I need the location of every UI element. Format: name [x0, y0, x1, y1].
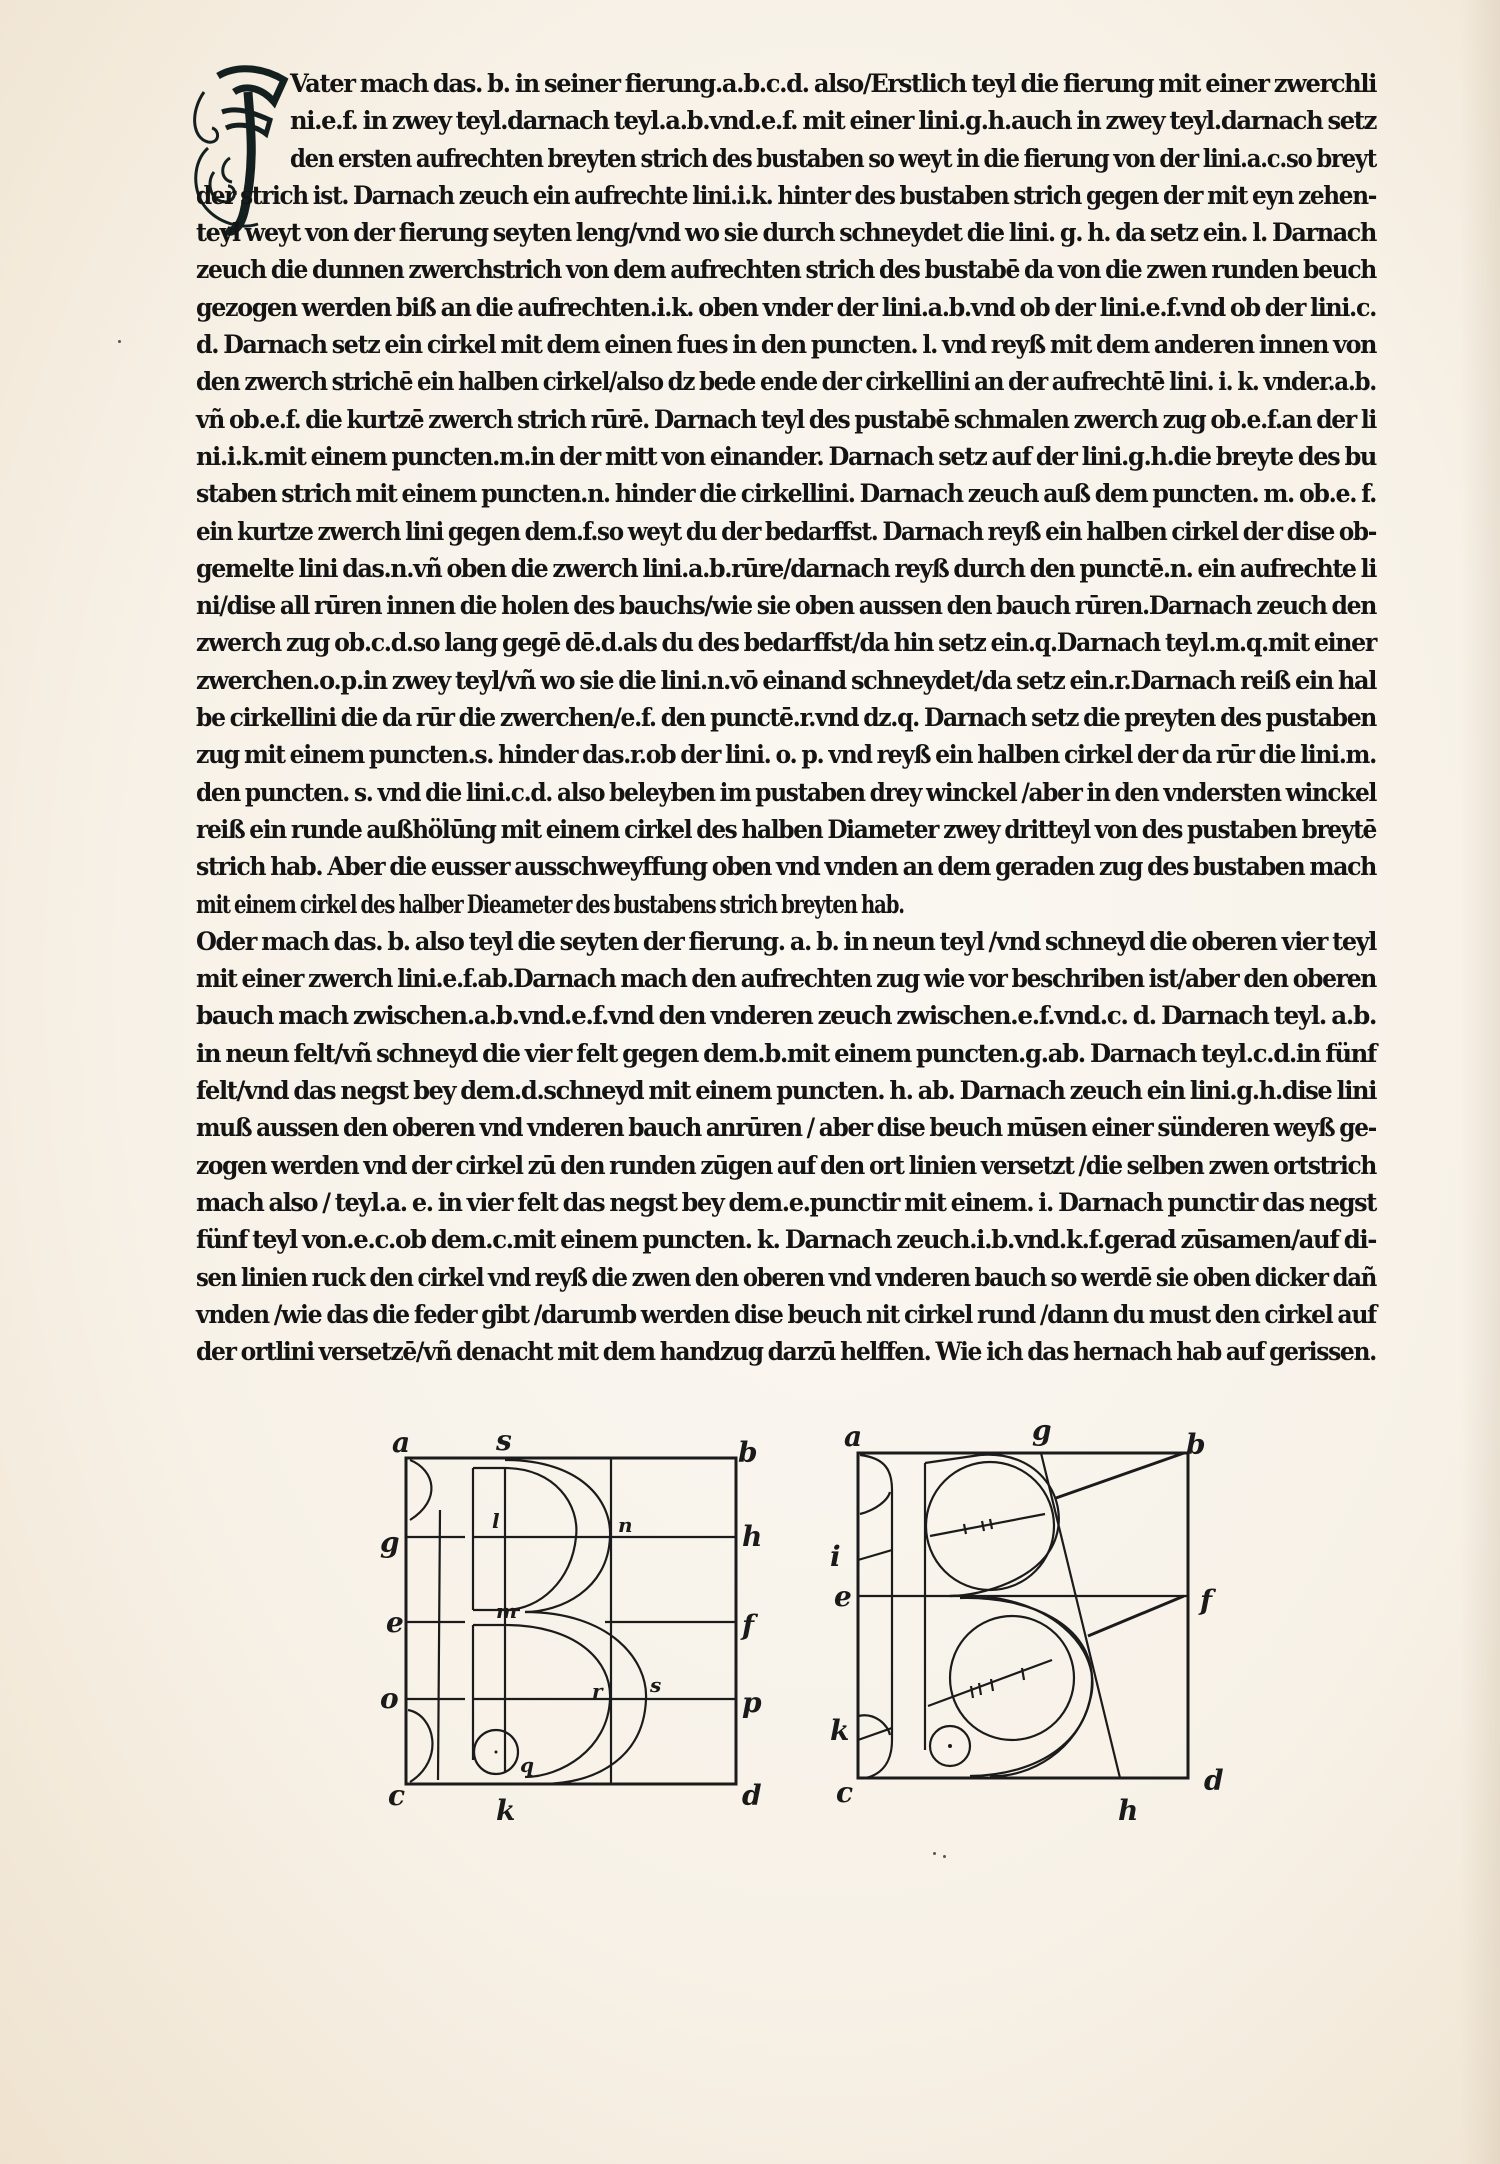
text-line: mach also / teyl.a. e. in vier felt das … — [196, 1185, 1376, 1222]
label-o: o — [380, 1682, 399, 1715]
text-line: ni.i.k.mit einem puncten.m.in der mitt v… — [196, 439, 1376, 476]
label-l: l — [492, 1509, 500, 1533]
text-line: sen linien ruck den cirkel vnd reyß die … — [196, 1260, 1376, 1297]
text-line: zwerchen.o.p.in zwey teyl/vñ wo sie die … — [196, 663, 1376, 700]
label-p: p — [742, 1686, 762, 1719]
text-line: be cirkellini die da rūr die zwerchen/e.… — [196, 700, 1376, 737]
letter-b-construction-diagram-1: a s b g h e f o p c d l n m r s q k — [380, 1420, 780, 1860]
label-i: i — [830, 1540, 841, 1573]
paper-speck — [118, 340, 121, 343]
text-line: reiß ein runde außhölūng mit einem cirke… — [196, 812, 1376, 849]
text-line: bauch mach zwischen.a.b.vnd.e.f.vnd den … — [196, 998, 1376, 1035]
text-line: felt/vnd das negst bey dem.d.schneyd mit… — [196, 1073, 1376, 1110]
text-line: vñ ob.e.f. die kurtzē zwerch strich rūrē… — [196, 402, 1376, 439]
text-line: der ortlini versetzē/vñ denacht mit dem … — [196, 1334, 1376, 1371]
text-line: gezogen werden biß an die aufrechten.i.k… — [196, 290, 1376, 327]
label-s: s — [649, 1673, 661, 1697]
label-q: q — [520, 1753, 534, 1777]
text-line: vnden /wie das die feder gibt /darumb we… — [196, 1297, 1376, 1334]
label-f: f — [1198, 1584, 1217, 1617]
label-c: c — [388, 1779, 405, 1812]
text-line: den puncten. s. vnd die lini.c.d. also b… — [196, 775, 1376, 812]
text-line: zeuch die dunnen zwerchstrich von dem au… — [196, 252, 1376, 289]
letter-b-construction-diagram-2: a g b i e f k c h d — [830, 1410, 1250, 1860]
label-r: r — [592, 1679, 604, 1703]
label-k: k — [496, 1794, 515, 1827]
text-line: ein kurtze zwerch lini gegen dem.f.so we… — [196, 514, 1376, 551]
scanned-book-page: Vater mach das. b. in seiner fierung.a.b… — [0, 0, 1500, 2164]
text-line: Oder mach das. b. also teyl die seyten d… — [196, 924, 1376, 961]
text-line: gemelte lini das.n.vñ oben die zwerch li… — [196, 551, 1376, 588]
label-b: b — [1186, 1428, 1206, 1461]
label-g: g — [380, 1526, 400, 1559]
text-line: strich hab. Aber die eusser ausschweyffu… — [196, 849, 1376, 886]
label-m: m — [496, 1599, 517, 1623]
text-line: mit einer zwerch lini.e.f.ab.Darnach mac… — [196, 961, 1376, 998]
page-edge-shadow — [1460, 0, 1500, 2164]
label-d: d — [742, 1779, 762, 1812]
text-line: mit einem cirkel des halber Dieameter de… — [196, 887, 1376, 924]
text-line: staben strich mit einem puncten.n. hinde… — [196, 476, 1376, 513]
text-line: den zwerch strichē ein halben cirkel/als… — [196, 364, 1376, 401]
label-k: k — [830, 1714, 849, 1747]
label-h: h — [1118, 1794, 1138, 1827]
label-g: g — [1032, 1414, 1052, 1447]
paper-speck — [933, 1852, 936, 1855]
label-c: c — [836, 1776, 853, 1809]
text-line: Vater mach das. b. in seiner fierung.a.b… — [196, 66, 1376, 103]
text-line: der strich ist. Darnach zeuch ein aufrec… — [196, 178, 1376, 215]
text-line: den ersten aufrechten breyten strich des… — [196, 141, 1376, 178]
text-line: teyl weyt von der fierung seyten leng/vn… — [196, 215, 1376, 252]
text-line: in neun felt/vñ schneyd die vier felt ge… — [196, 1036, 1376, 1073]
label-a: a — [844, 1420, 862, 1453]
text-line: zogen werden vnd der cirkel zū den runde… — [196, 1148, 1376, 1185]
body-text: Vater mach das. b. in seiner fierung.a.b… — [196, 66, 1376, 1371]
text-line: zug mit einem puncten.s. hinder das.r.ob… — [196, 737, 1376, 774]
label-d: d — [1204, 1764, 1224, 1797]
label-e: e — [386, 1606, 404, 1639]
text-line: d. Darnach setz ein cirkel mit dem einen… — [196, 327, 1376, 364]
label-f: f — [740, 1609, 759, 1642]
text-line: zwerch zug ob.c.d.so lang gegē dē.d.als … — [196, 625, 1376, 662]
text-line: fünf teyl von.e.c.ob dem.c.mit einem pun… — [196, 1222, 1376, 1259]
text-line: muß aussen den oberen vnd vnderen bauch … — [196, 1110, 1376, 1147]
label-b: b — [738, 1436, 758, 1469]
label-a: a — [392, 1426, 410, 1459]
label-n: n — [618, 1513, 633, 1537]
label-h: h — [742, 1520, 762, 1553]
text-line: ni.e.f. in zwey teyl.darnach teyl.a.b.vn… — [196, 103, 1376, 140]
label-e: e — [834, 1580, 852, 1613]
label-s-top: s — [495, 1424, 512, 1457]
text-line: ni/dise all rūren innen die holen des ba… — [196, 588, 1376, 625]
paper-speck — [943, 1855, 946, 1858]
